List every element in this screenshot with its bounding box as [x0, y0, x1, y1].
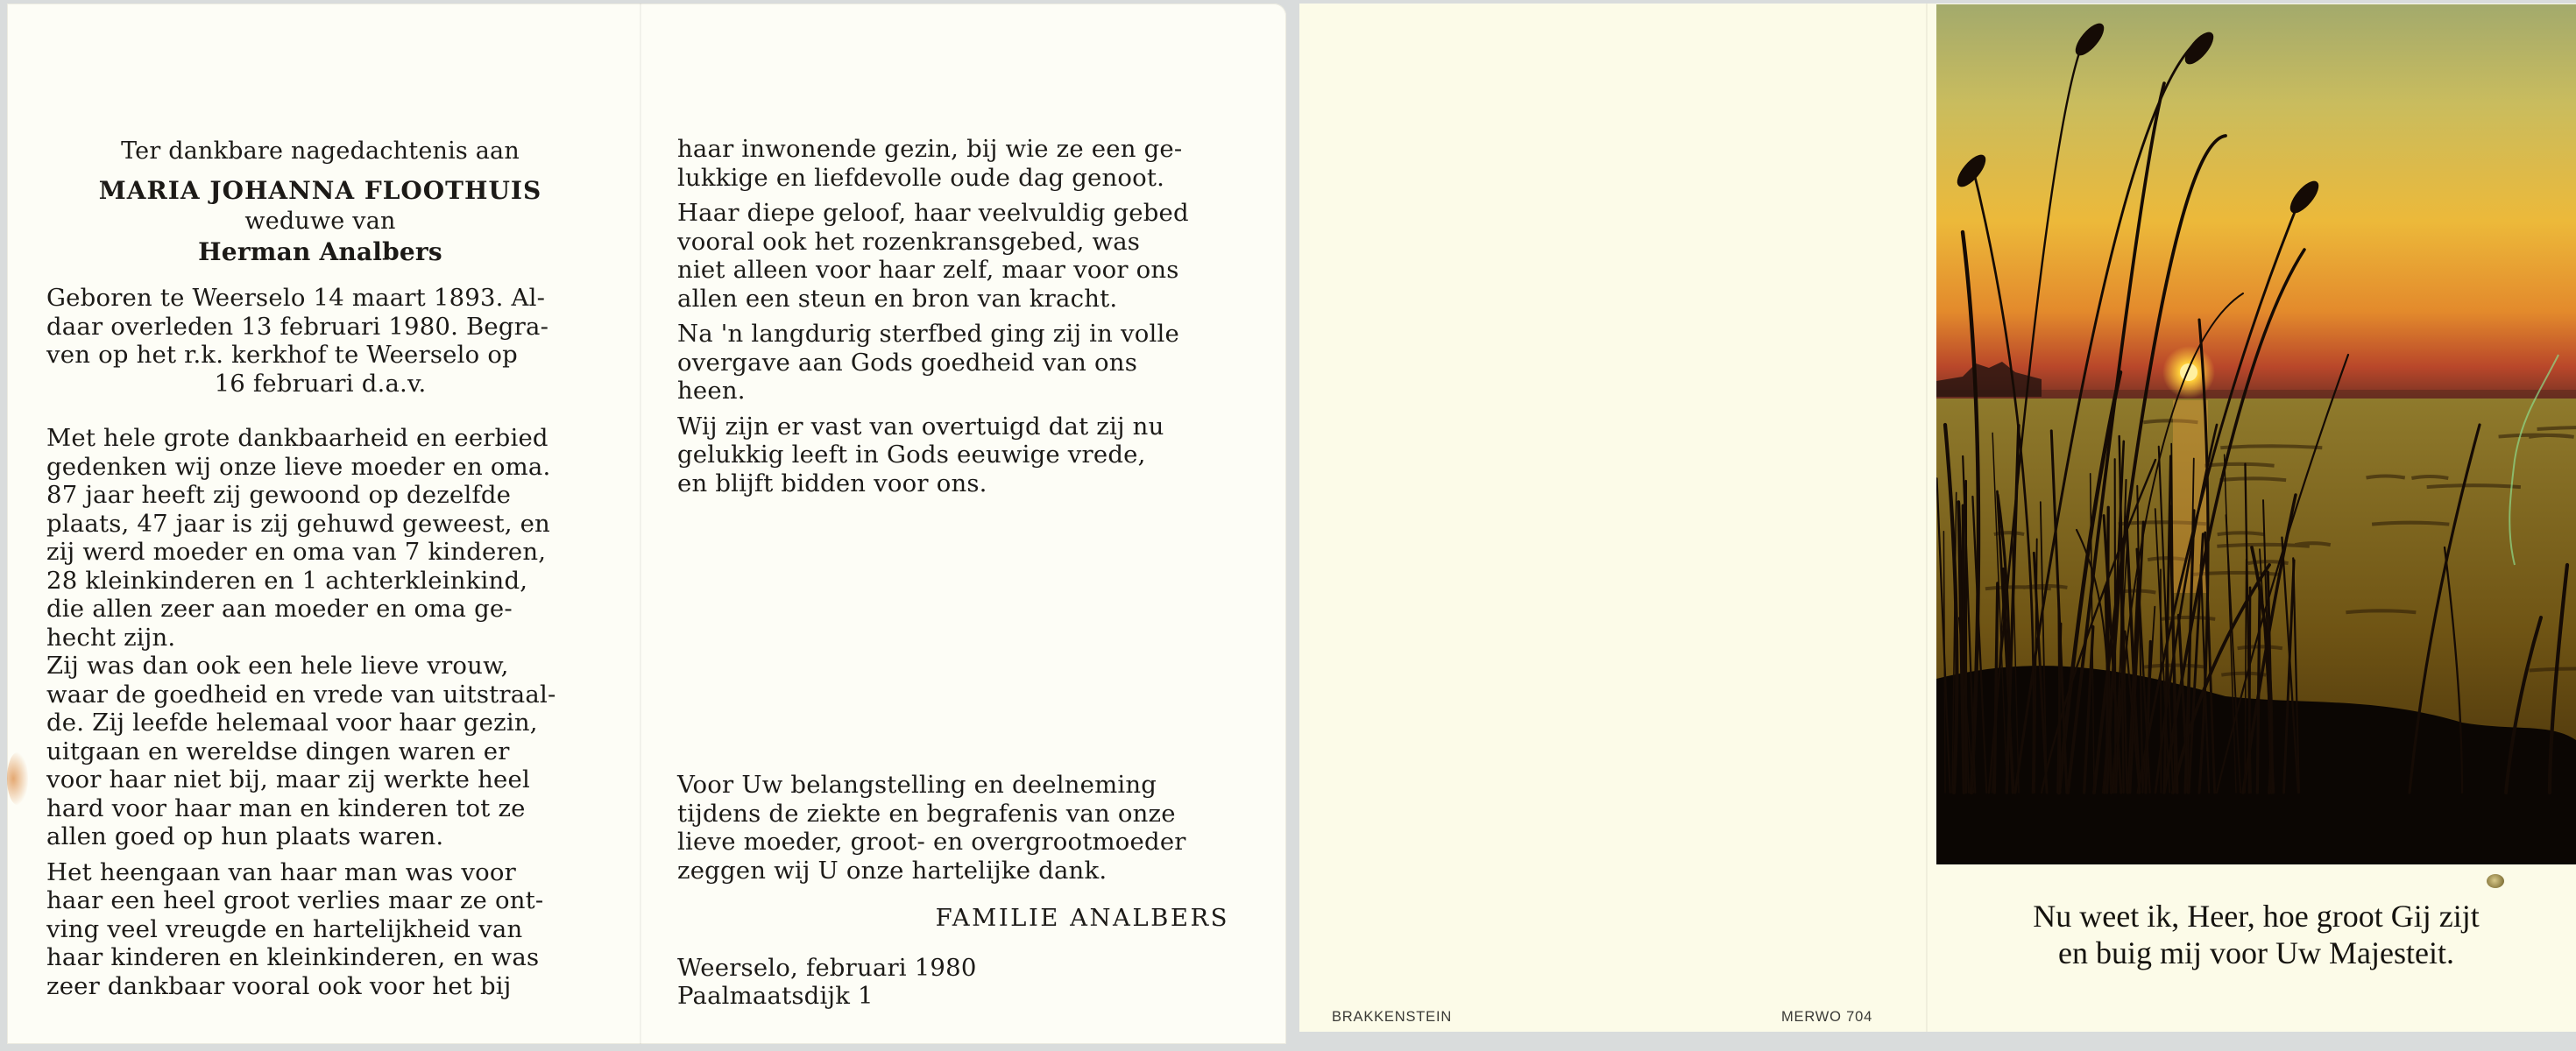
text-line: Na 'n langdurig sterfbed ging zij in vol… [677, 320, 1229, 349]
thanks-paragraph: Voor Uw belangstelling en deelneming tij… [677, 771, 1229, 885]
outer-fold [1926, 4, 1928, 1032]
text-line: voor haar niet bij, maar zij werkte heel [46, 765, 594, 794]
prayer-caption: Nu weet ik, Heer, hoe groot Gij zijt en … [1936, 898, 2576, 971]
inside-pages-scan: Ter dankbare nagedachtenis aan MARIA JOH… [7, 4, 1286, 1044]
publisher-imprint: BRAKKENSTEIN [1332, 1009, 1452, 1026]
text-line: vooral ook het rozenkransgebed, was [677, 228, 1229, 257]
relation-label: weduwe van [46, 207, 594, 236]
husband-name: Herman Analbers [46, 236, 594, 268]
pin-mark [2487, 874, 2504, 888]
text-line: Het heengaan van haar man was voor [46, 858, 594, 887]
text-line: gelukkig leeft in Gods eeuwige vrede, [677, 441, 1229, 469]
text-line: en blijft bidden voor ons. [677, 469, 1229, 498]
text-line: zeer dankbaar vooral ook voor het bij [46, 972, 594, 1001]
text-line: lieve moeder, groot- en overgrootmoeder [677, 828, 1229, 857]
text-line: heen. [677, 377, 1229, 406]
text-line: plaats, 47 jaar is zij gehuwd geweest, e… [46, 510, 594, 539]
text-line: 28 kleinkinderen en 1 achterkleinkind, [46, 567, 594, 596]
text-line: haar kinderen en kleinkinderen, en was [46, 943, 594, 972]
family-signature: FAMILIE ANALBERS [677, 904, 1229, 933]
deceased-name: MARIA JOHANNA FLOOTHUIS [46, 175, 594, 207]
text-line: waar de goedheid en vrede van uitstraal- [46, 681, 594, 709]
paragraph-passing: Na 'n langdurig sterfbed ging zij in vol… [677, 320, 1229, 406]
text-line: zeggen wij U onze hartelijke dank. [677, 857, 1229, 885]
text-line: hecht zijn. [46, 624, 594, 652]
text-line: overgave aan Gods goedheid van ons [677, 349, 1229, 377]
text-line: ving veel vreugde en hartelijkheid van [46, 915, 594, 944]
text-line: Voor Uw belangstelling en deelneming [677, 771, 1229, 800]
dedication-heading: Ter dankbare nagedachtenis aan [46, 137, 594, 166]
text-line: niet alleen voor haar zelf, maar voor on… [677, 256, 1229, 285]
text-line: Wij zijn er vast van overtuigd dat zij n… [677, 413, 1229, 441]
text-line: daar overleden 13 februari 1980. Begra- [46, 313, 594, 342]
text-line: 16 februari d.a.v. [46, 370, 594, 399]
text-line: de. Zij leefde helemaal voor haar gezin, [46, 709, 594, 737]
text-line: die allen zeer aan moeder en oma ge- [46, 595, 594, 624]
text-line: uitgaan en wereldse dingen waren er [46, 737, 594, 766]
paragraph-character: Zij was dan ook een hele lieve vrouw, wa… [46, 652, 594, 851]
sunset-reeds-photo [1936, 4, 2576, 864]
center-fold [640, 4, 641, 1044]
paper-stain [7, 752, 28, 805]
caption-line: Nu weet ik, Heer, hoe groot Gij zijt [1936, 898, 2576, 935]
caption-line: en buig mij voor Uw Majesteit. [1936, 935, 2576, 971]
text-line: haar inwonende gezin, bij wie ze een ge- [677, 135, 1229, 164]
text-line: Haar diepe geloof, haar veelvuldig gebed [677, 199, 1229, 228]
place-date: Weerselo, februari 1980 [677, 954, 1229, 983]
paragraph-widowhood: Het heengaan van haar man was voor haar … [46, 858, 594, 1001]
text-line: allen goed op hun plaats waren. [46, 822, 594, 851]
text-line: allen een steun en bron van kracht. [677, 285, 1229, 314]
text-line: Zij was dan ook een hele lieve vrouw, [46, 652, 594, 681]
paragraph-conviction: Wij zijn er vast van overtuigd dat zij n… [677, 413, 1229, 498]
address: Paalmaatsdijk 1 [677, 982, 1229, 1011]
left-page-text: Ter dankbare nagedachtenis aan MARIA JOH… [46, 137, 594, 1000]
text-line: 87 jaar heeft zij gewoond op dezelfde [46, 481, 594, 510]
text-line: Geboren te Weerselo 14 maart 1893. Al- [46, 284, 594, 313]
paragraph-remembrance: Met hele grote dankbaarheid en eerbied g… [46, 424, 594, 652]
text-line: gedenken wij onze lieve moeder en oma. [46, 453, 594, 482]
paragraph-family-home: haar inwonende gezin, bij wie ze een ge-… [677, 135, 1229, 192]
text-line: tijdens de ziekte en begrafenis van onze [677, 800, 1229, 829]
right-page-text: haar inwonende gezin, bij wie ze een ge-… [677, 135, 1229, 1011]
text-line: haar een heel groot verlies maar ze ont- [46, 886, 594, 915]
text-line: lukkige en liefdevolle oude dag genoot. [677, 164, 1229, 193]
text-line: hard voor haar man en kinderen tot ze [46, 794, 594, 823]
life-dates: Geboren te Weerselo 14 maart 1893. Al- d… [46, 284, 594, 398]
text-line: Met hele grote dankbaarheid en eerbied [46, 424, 594, 453]
text-line: zij werd moeder en oma van 7 kinderen, [46, 538, 594, 567]
paragraph-faith: Haar diepe geloof, haar veelvuldig gebed… [677, 199, 1229, 313]
item-code: MERWO 704 [1781, 1009, 1872, 1026]
text-line: ven op het r.k. kerkhof te Weerselo op [46, 341, 594, 370]
